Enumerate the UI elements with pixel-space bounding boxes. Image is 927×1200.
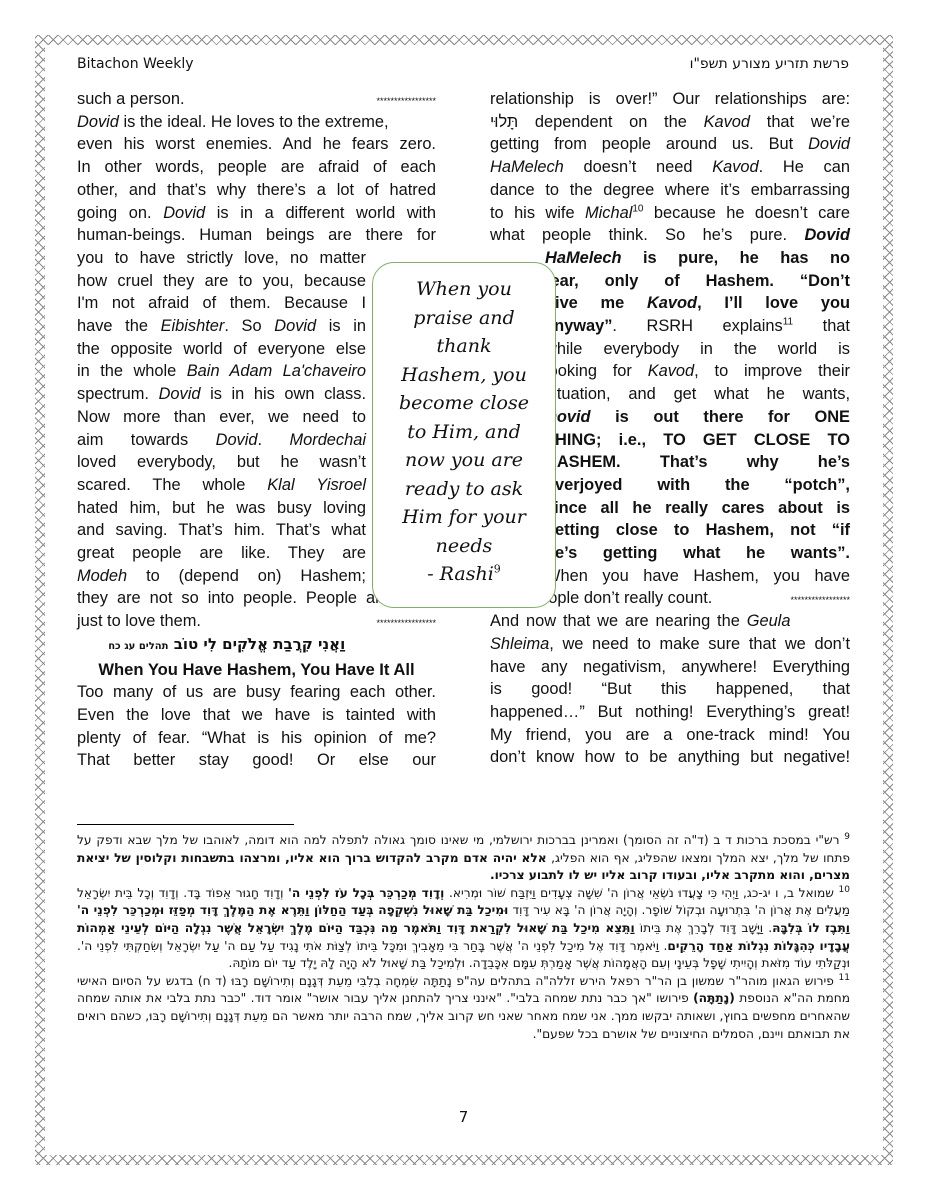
text-line: scared. The whole Klal Yisroel [77,474,366,497]
text-line: in the whole Bain Adam La'chaveiro [77,360,366,383]
text-line: situation, and get what he wants, [545,383,850,406]
page-number: 7 [0,1108,927,1126]
text-line: Shleima, we need to make sure that we do… [490,633,850,656]
text-line: how cruel they are to you, because [77,270,366,293]
text-line: Now more than ever, we need to [77,406,366,429]
text-line: plenty of fear. “What is his opinion of … [77,727,436,750]
text-line: loved everybody, but he wasn’t [77,451,366,474]
section-title: When You Have Hashem, You Have It All [77,659,436,682]
text-line: HaMelech is pure, he has no [545,247,850,270]
section-hebrew-verse: וַאֲנִי קִרֲבַת אֱלֹקִים לִי טוֹב תהלים … [77,633,436,659]
text-line: human-beings. Human beings are there for [77,224,436,247]
publication-title: Bitachon Weekly [77,56,194,72]
text-line: even his worst enemies. And he fears zer… [77,133,436,156]
footnote-ref[interactable]: 11 [783,317,793,328]
footnote-ref[interactable]: 10 [632,203,643,214]
text-line: getting from people around us. But Dovid [490,133,850,156]
text-line: have any negativism, anywhere! Everythin… [490,656,850,679]
footnote-ref[interactable]: 9 [494,563,501,576]
text-line: the opposite world of everyone else [77,338,366,361]
text-line: hated him, but he was busy loving [77,497,366,520]
text-line: such a person.***************** [77,88,436,111]
text-line: THING; i.e., TO GET CLOSE TO [545,429,850,452]
footnotes: 9 רש"י במסכת ברכות ד ב (ד"ה זה הסומך) וא… [77,832,850,1043]
text-line: what people think. So he’s pure. Dovid [490,224,850,247]
text-line: getting close to Hashem, not “if [545,519,850,542]
section-separator: ***************** [376,612,436,635]
text-line: Modeh to (depend on) Hashem; [77,565,366,588]
text-line: That better stay good! Or else our [77,749,436,772]
quote-line: to Him, and [373,418,555,447]
text-line: and saving. That’s him. That’s what [77,519,366,542]
footnote-10: 10 שמואל ב, ו יג-כג, וַיְהִי כִּי צָעֲדו… [77,885,850,973]
text-line: while everybody in the world is [545,338,850,361]
quote-line: Him for your [373,503,555,532]
quote-line: When you [373,275,555,304]
text-line: going on. Dovid is in a different world … [77,202,436,225]
text-line: to his wife Michal10 because he doesn’t … [490,202,850,225]
text-line: looking for Kavod, to improve their [545,360,850,383]
text-line: spectrum. Dovid is in his own class. [77,383,366,406]
text-line: he’s getting what he wants”. [545,542,850,565]
quote-line: now you are [373,446,555,475]
text-line: other, and that’s why there’s a lot of h… [77,179,436,202]
text-line: give me Kavod, I’ll love you [545,292,850,315]
quote-attribution: - Rashi9 [373,560,555,589]
text-line: dance to the degree where it’s embarrass… [490,179,850,202]
text-line: since all he really cares about is [545,497,850,520]
text-line: is good! “But this happened, that [490,678,850,701]
footnote-11: 11 פירוש הגאון מוהר"ר שמשון בן הר"ר רפאל… [77,973,850,1043]
text-line: In other words, people are afraid of eac… [77,156,436,179]
quote-line: Hashem, you [373,361,555,390]
text-line: anyway”. RSRH explains11 that [545,315,850,338]
text-line: just to love them.***************** [77,610,436,633]
parsha-title: פרשת תזריע מצורע תשפ"ו [690,56,849,72]
text-line: overjoyed with the “potch”, [545,474,850,497]
text-line: fear, only of Hashem. “Don’t [545,270,850,293]
section-separator: ***************** [376,90,436,113]
quote-line: ready to ask [373,475,555,504]
text-line: you to have strictly love, no matter [77,247,366,270]
text-line: תָּלוּי dependent on the Kavod that we’r… [490,111,850,134]
verse-source: תהלים עג כח [108,641,168,652]
text-line: great people are like. They are [77,542,366,565]
text-line: have the Eibishter. So Dovid is in [77,315,366,338]
text-line: aim towards Dovid. Mordechai [77,429,366,452]
quote-line: thank [373,332,555,361]
quote-line: needs [373,532,555,561]
quote-line: praise and [373,304,555,333]
text-line: My friend, you are a one-track mind! You [490,724,850,747]
section-separator: ***************** [790,589,850,612]
quote-line: become close [373,389,555,418]
text-line: Even the love that we have is tainted wi… [77,704,436,727]
text-line: relationship is over!” Our relationships… [490,88,850,111]
text-line: happened…” But nothing! Everything’s gre… [490,701,850,724]
text-line: Dovid is the ideal. He loves to the extr… [77,111,436,134]
text-line: When you have Hashem, you have [545,565,850,588]
text-line: Too many of us are busy fearing each oth… [77,681,436,704]
text-line: HaMelech doesn’t need Kavod. He can [490,156,850,179]
text-line: And now that we are nearing the Geula [490,610,850,633]
text-line: I'm not afraid of them. Because I [77,292,366,315]
text-line: HASHEM. That’s why he’s [545,451,850,474]
footnote-9: 9 רש"י במסכת ברכות ד ב (ד"ה זה הסומך) וא… [77,832,850,885]
pull-quote-box: When you praise and thank Hashem, you be… [372,262,556,608]
footnote-divider [77,824,294,825]
text-line: don’t know how to be anything but negati… [490,746,850,769]
text-line: Dovid is out there for ONE [545,406,850,429]
